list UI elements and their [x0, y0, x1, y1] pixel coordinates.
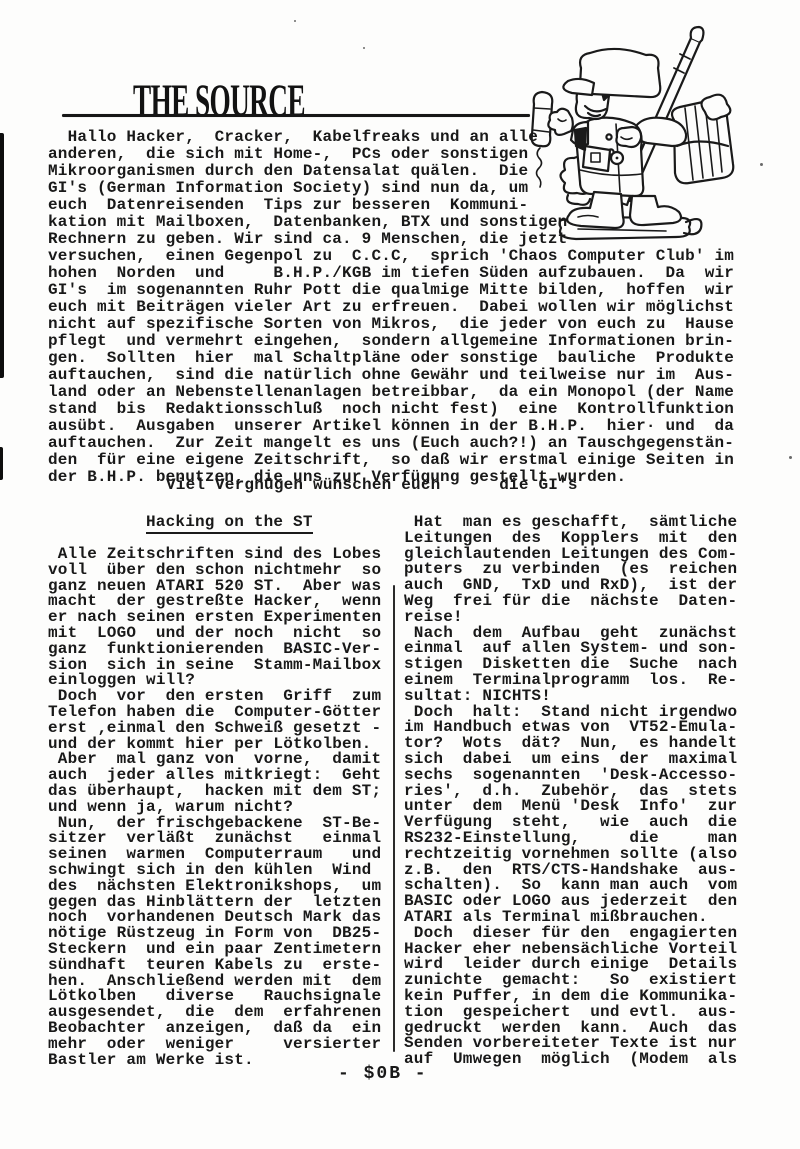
- intro-paragraph: Hallo Hacker, Cracker, Kabelfreaks und a…: [48, 129, 734, 486]
- scan-artifact-left-mark: [0, 447, 3, 480]
- page-title: THE SOURCE: [133, 74, 305, 128]
- signoff-line: Viel Vergnügen wünschen euch die GI's: [166, 477, 578, 494]
- zine-page: THE SOURCE: [0, 0, 800, 1149]
- scan-speck: [789, 456, 792, 459]
- page-number: - $0B -: [338, 1064, 428, 1084]
- article-left-column: Alle Zeitschriften sind des Lobes voll ü…: [48, 547, 381, 1068]
- fur-hat-icon: [563, 49, 660, 97]
- title-underline: [62, 114, 530, 117]
- scan-speck: [294, 20, 296, 22]
- scan-artifact-left-bar: [0, 133, 4, 378]
- article-heading: Hacking on the ST: [146, 514, 313, 534]
- column-divider: [393, 585, 395, 1052]
- scan-speck: [363, 47, 365, 49]
- article-right-column: Hat man es geschafft, sämtliche Leitunge…: [404, 515, 737, 1068]
